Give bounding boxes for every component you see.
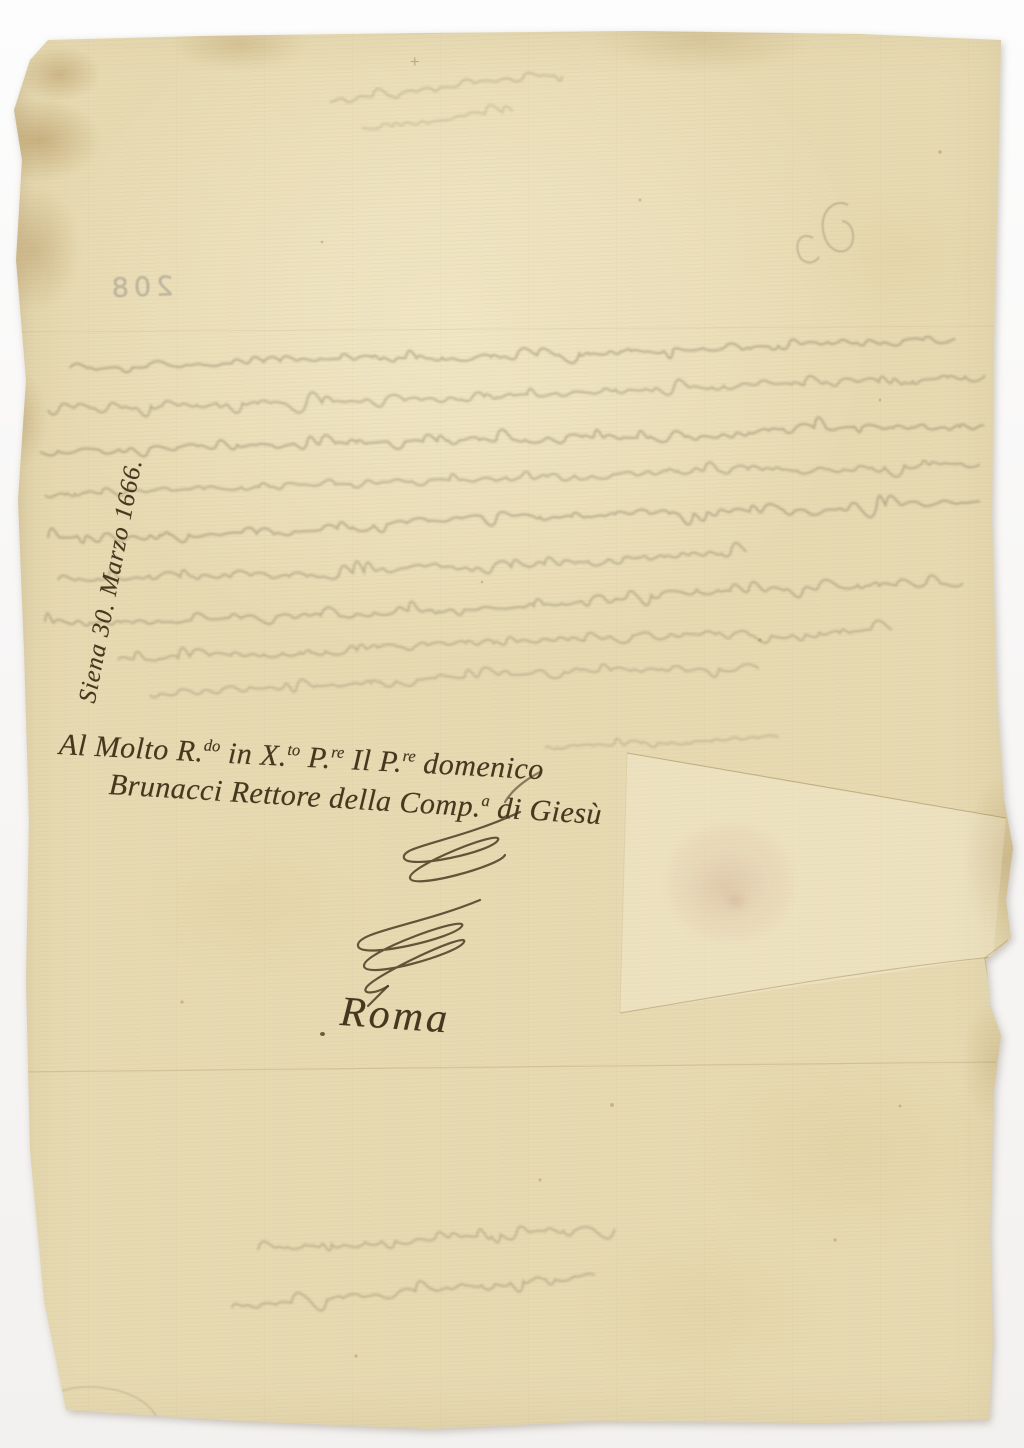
scan-background: Al Molto R.do in X.to P.re Il P.re domen… — [0, 0, 1024, 1448]
letter-paper: Al Molto R.do in X.to P.re Il P.re domen… — [0, 0, 1024, 1448]
paper-shadow: Al Molto R.do in X.to P.re Il P.re domen… — [0, 0, 1024, 1448]
edge-darkening — [0, 0, 1024, 1448]
